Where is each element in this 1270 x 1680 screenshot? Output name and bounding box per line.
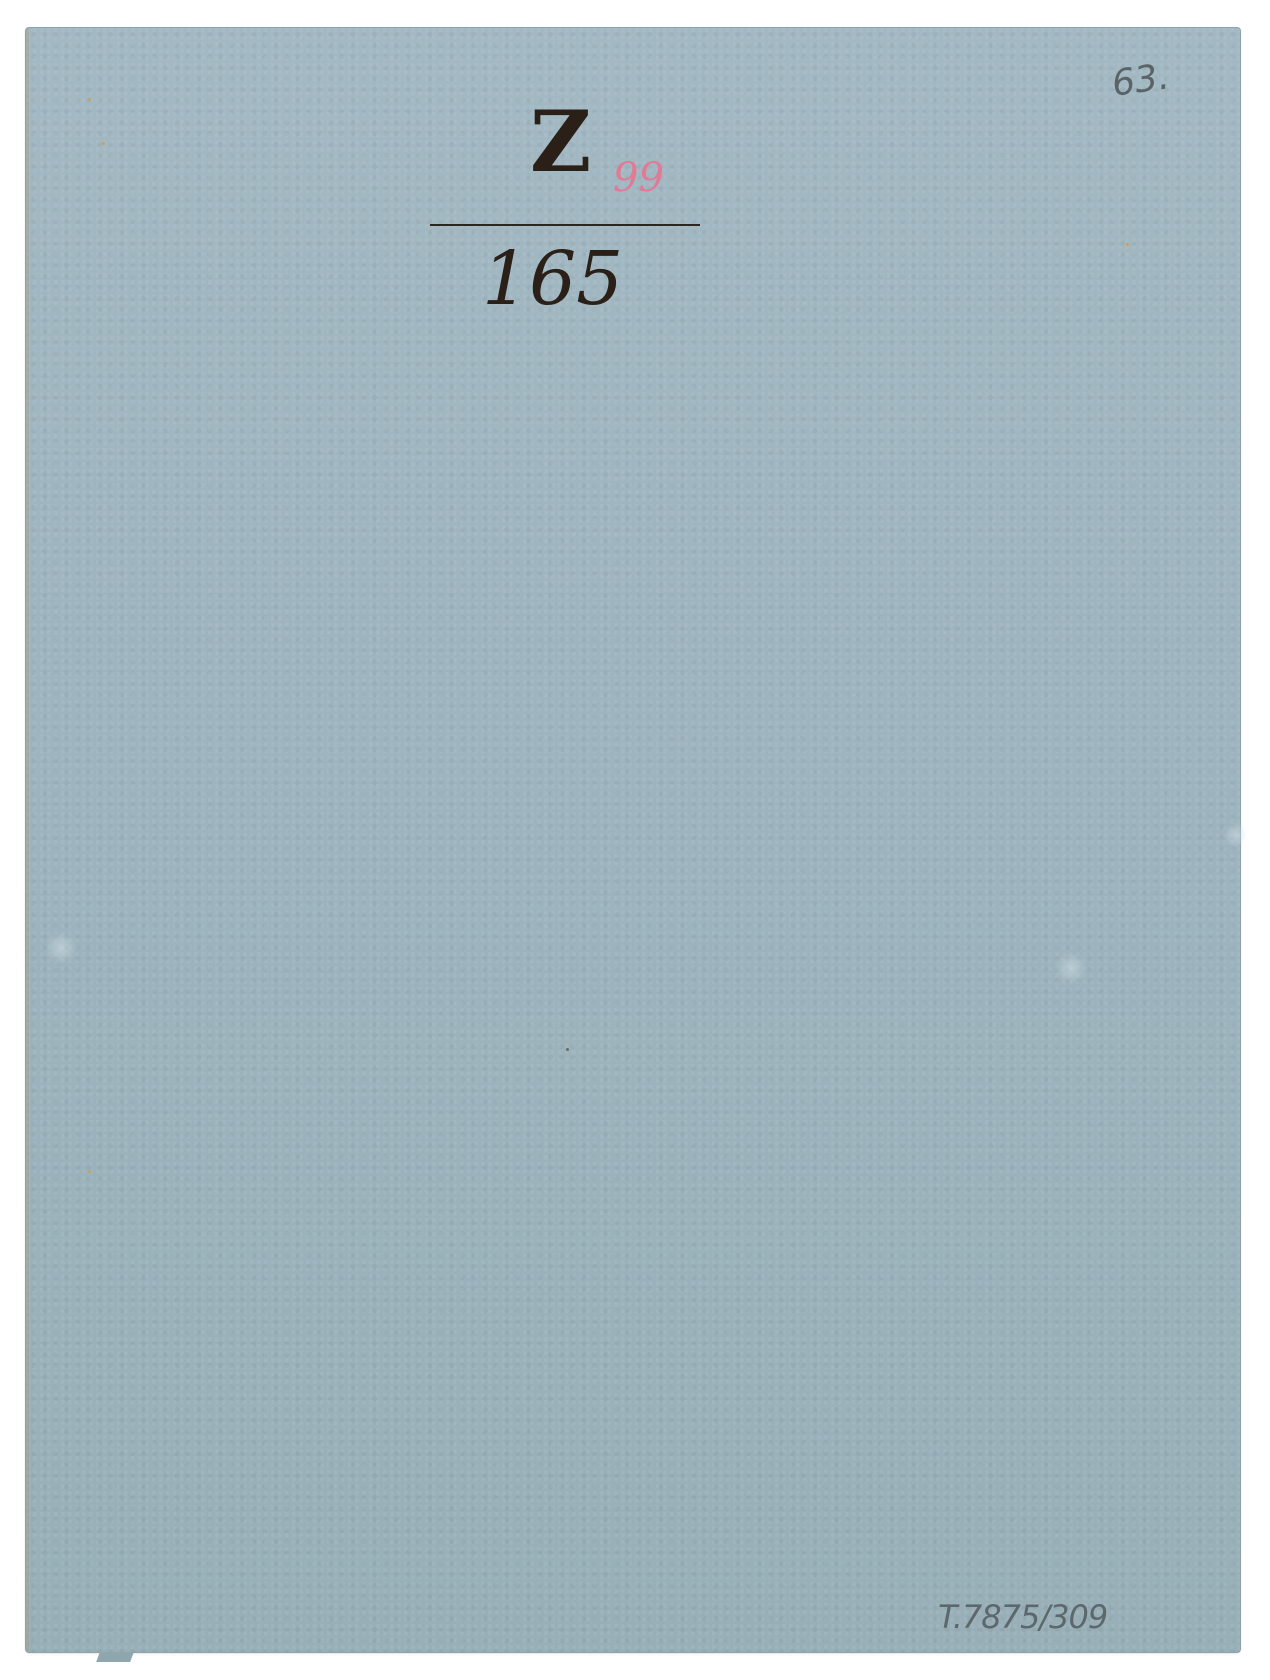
inventory-mark: T.7875/309 bbox=[938, 1598, 1107, 1636]
paper-fleck bbox=[88, 98, 91, 101]
punch-hole-left bbox=[44, 933, 78, 963]
signature-number: 165 bbox=[482, 242, 623, 316]
punch-hole-edge bbox=[1226, 820, 1246, 850]
folio-number: 63. bbox=[1109, 56, 1171, 105]
paper-fleck bbox=[1126, 243, 1129, 246]
document-sheet bbox=[26, 28, 1240, 1652]
paper-tab bbox=[96, 1652, 134, 1662]
paper-fleck bbox=[102, 142, 105, 145]
paper-fleck bbox=[566, 1048, 569, 1051]
signature-red-annotation: 99 bbox=[613, 158, 664, 198]
signature-letter: Z bbox=[530, 100, 591, 184]
paper-fleck bbox=[88, 1170, 91, 1173]
punch-hole-right bbox=[1054, 953, 1088, 983]
signature-divider bbox=[430, 224, 700, 226]
